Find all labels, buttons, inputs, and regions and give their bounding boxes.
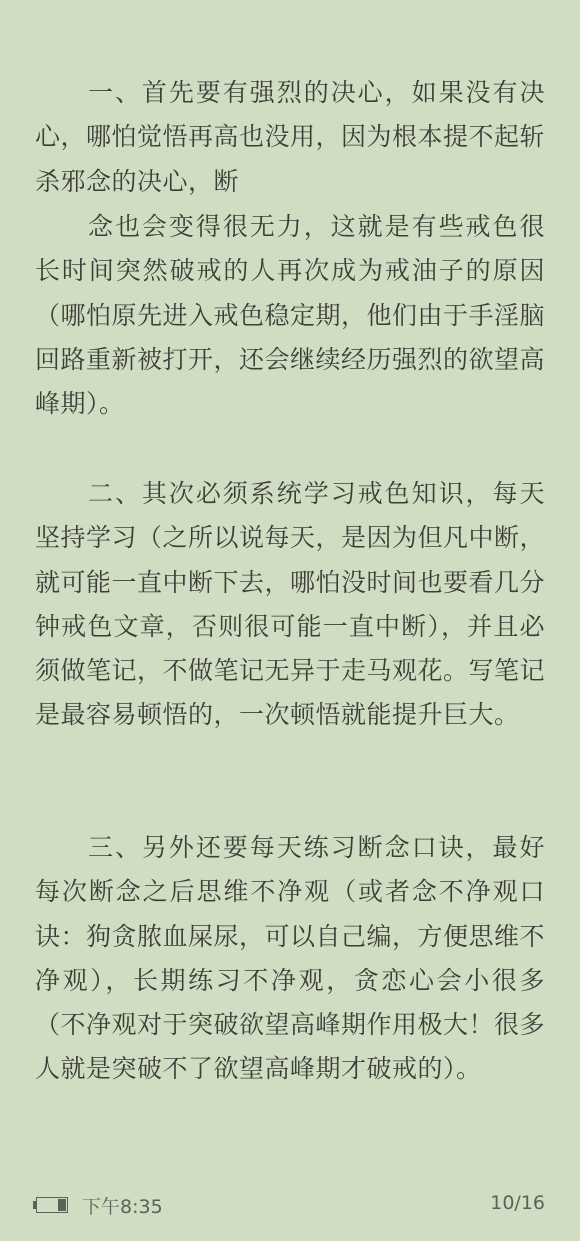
clock-time: 下午8:35 xyxy=(82,1192,163,1219)
paragraph-3: 二、其次必须系统学习戒色知识，每天坚持学习（之所以说每天，是因为但凡中断，就可能… xyxy=(35,472,545,738)
paragraph-2: 念也会变得很无力，这就是有些戒色很长时间突然破戒的人再次成为戒油子的原因（哪怕原… xyxy=(35,205,545,426)
battery-low-icon xyxy=(33,1197,69,1213)
reader-status-footer: 下午8:35 10/16 xyxy=(0,1190,580,1220)
paragraph-1: 一、首先要有强烈的决心，如果没有决心，哪怕觉悟再高也没用，因为根本提不起斩杀邪念… xyxy=(35,71,545,204)
paragraph-4: 三、另外还要每天练习断念口诀，最好每次断念之后思维不净观（或者念不净观口诀：狗贪… xyxy=(35,826,545,1092)
page-indicator: 10/16 xyxy=(490,1192,545,1214)
